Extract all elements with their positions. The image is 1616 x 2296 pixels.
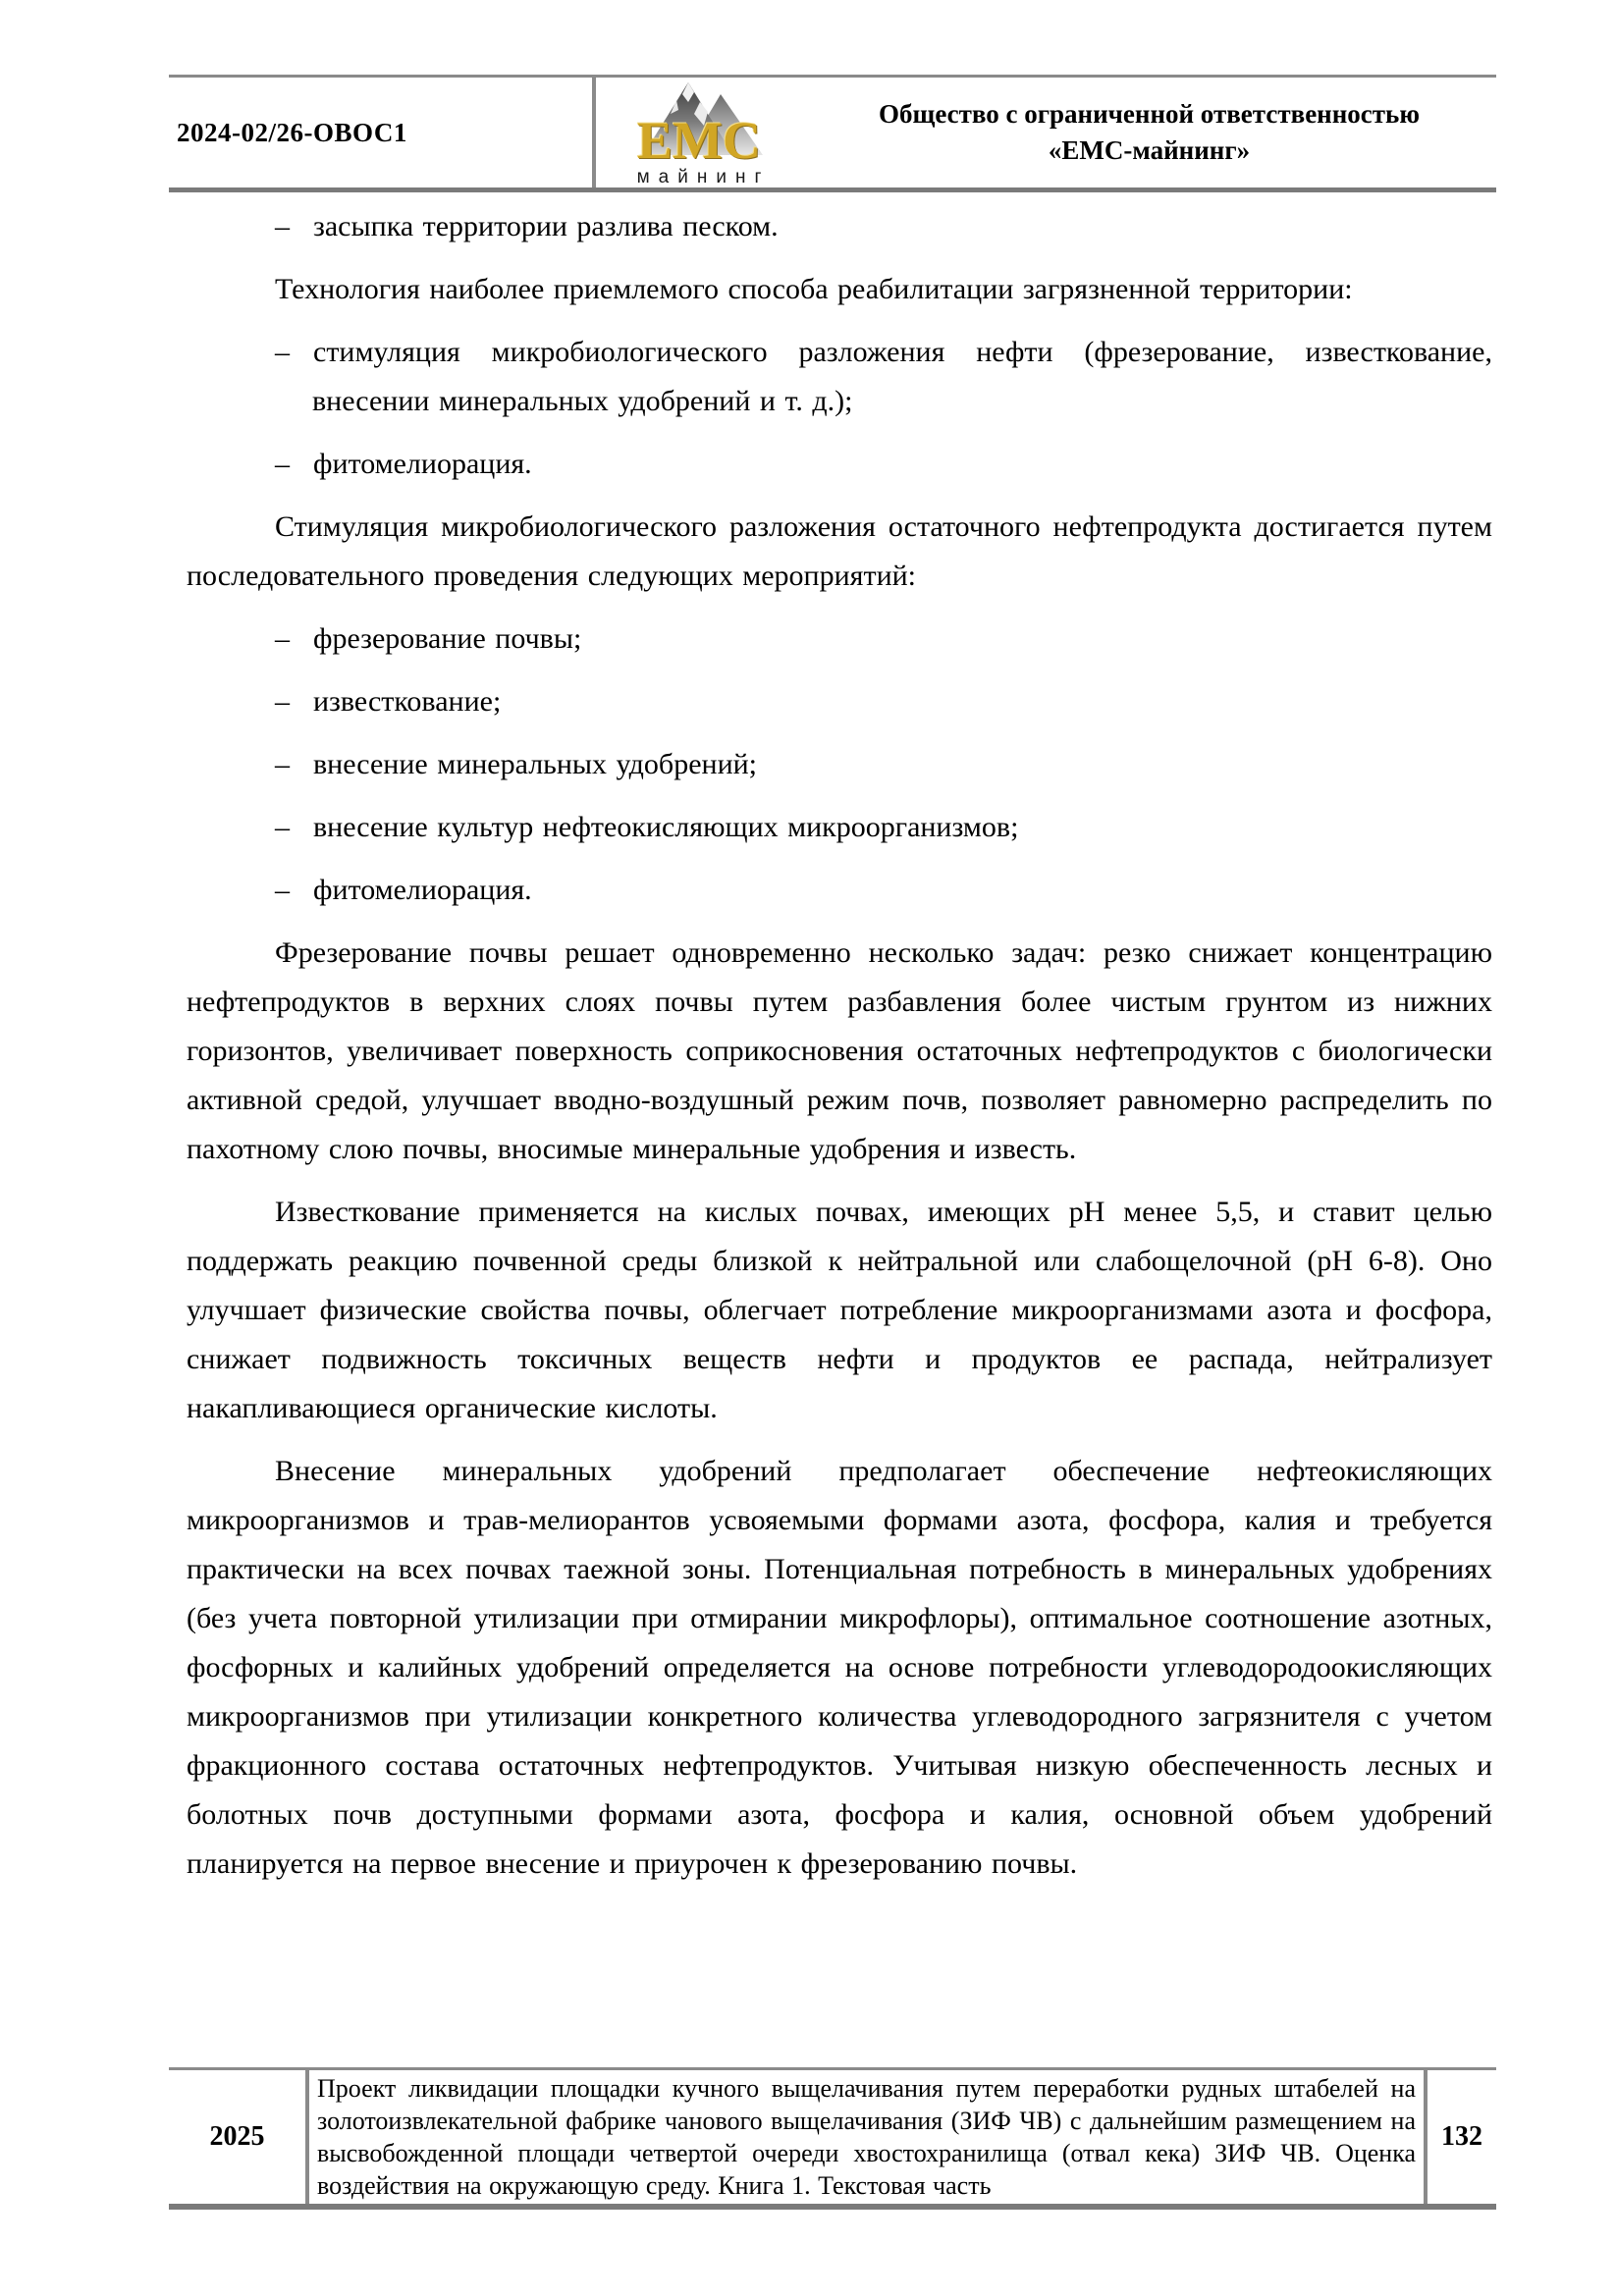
footer-project-description-cell: Проект ликвидации площадки кучного выщел… xyxy=(309,2070,1424,2204)
paragraph: Внесение минеральных удобрений предполаг… xyxy=(187,1447,1492,1889)
list-item: –фитомелиорация. xyxy=(187,866,1492,915)
paragraph: Фрезерование почвы решает одновременно н… xyxy=(187,929,1492,1174)
page-number: 132 xyxy=(1424,2070,1496,2204)
list-item-text: засыпка территории разлива песком. xyxy=(313,210,779,242)
document-body: –засыпка территории разлива песком. Техн… xyxy=(187,202,1492,1902)
footer-year: 2025 xyxy=(169,2070,309,2204)
bullet-dash: – xyxy=(275,811,290,843)
company-name-line1: Общество с ограниченной ответственностью xyxy=(802,96,1496,133)
list-item: –внесение минеральных удобрений; xyxy=(187,740,1492,789)
bullet-dash: – xyxy=(275,448,290,480)
paragraph: Известкование применяется на кислых почв… xyxy=(187,1188,1492,1433)
bullet-dash: – xyxy=(275,210,290,242)
company-name-line2: «ЕМС-майнинг» xyxy=(802,133,1496,169)
bullet-dash: – xyxy=(275,336,290,368)
list-item-text: внесение культур нефтеокисляющих микроор… xyxy=(313,811,1018,843)
page-header: 2024-02/26-ОВОС1 xyxy=(169,75,1496,192)
list-item-text: известкование; xyxy=(313,685,501,718)
list-item: –стимуляция микробиологического разложен… xyxy=(187,328,1492,426)
list-item: –фитомелиорация. xyxy=(187,440,1492,489)
bullet-dash: – xyxy=(275,685,290,718)
list-item: –известкование; xyxy=(187,677,1492,726)
list-item: –фрезерование почвы; xyxy=(187,614,1492,664)
list-item: –засыпка территории разлива песком. xyxy=(187,202,1492,251)
list-item-text: фитомелиорация. xyxy=(313,874,532,906)
logo-subtext: майнинг xyxy=(596,168,802,187)
bullet-dash: – xyxy=(275,874,290,906)
paragraph: Стимуляция микробиологического разложени… xyxy=(187,503,1492,601)
list-item-text: внесение минеральных удобрений; xyxy=(313,748,757,780)
company-logo: EMC майнинг xyxy=(596,78,802,187)
page-footer: 2025 Проект ликвидации площадки кучного … xyxy=(169,2067,1496,2210)
document-code: 2024-02/26-ОВОС1 xyxy=(169,78,596,187)
company-name: Общество с ограниченной ответственностью… xyxy=(802,78,1496,187)
bullet-dash: – xyxy=(275,622,290,655)
list-item-text: фитомелиорация. xyxy=(313,448,532,480)
logo-text: EMC xyxy=(596,114,802,167)
footer-project-description: Проект ликвидации площадки кучного выщел… xyxy=(317,2072,1416,2202)
list-item: –внесение культур нефтеокисляющих микроо… xyxy=(187,803,1492,852)
paragraph: Технология наиболее приемлемого способа … xyxy=(187,265,1492,314)
list-item-text: фрезерование почвы; xyxy=(313,622,581,655)
document-page: 2024-02/26-ОВОС1 xyxy=(0,0,1616,2296)
list-item-text: стимуляция микробиологического разложени… xyxy=(312,336,1492,417)
bullet-dash: – xyxy=(275,748,290,780)
